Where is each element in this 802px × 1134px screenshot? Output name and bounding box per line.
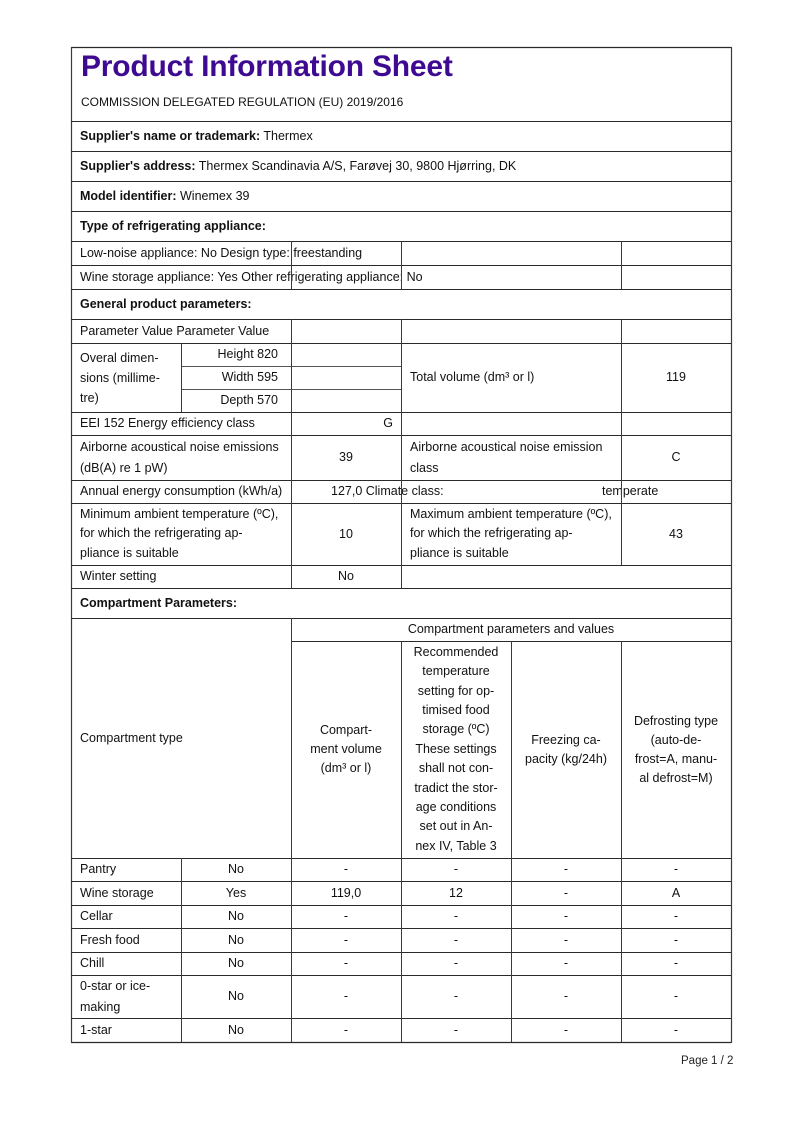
noise-emissions-value: 39 [291,435,401,480]
compartment-volume: - [291,1018,401,1042]
total-volume-label: Total volume (dm³ or l) [401,343,621,412]
compartment-defrost: - [621,905,731,928]
compartment-defrost: - [621,928,731,952]
compartment-type: 0-star or ice- making [71,975,181,1018]
compartment-volume: - [291,905,401,928]
noise-class-value: C [621,435,731,480]
low-noise-line: Low-noise appliance: No Design type: fre… [71,241,471,265]
supplier-name-row: Supplier's name or trademark: Thermex [71,121,731,151]
compartment-temperature: - [401,1018,511,1042]
supplier-address-label: Supplier's address: [80,157,196,176]
compartment-present: No [181,975,291,1018]
general-params-heading: General product parameters: [71,289,731,319]
compartment-freezing: - [511,928,621,952]
dimensions-label: Overal dimen- sions (millime- tre) [71,343,181,412]
compartment-defrost: - [621,975,731,1018]
supplier-name-label: Supplier's name or trademark: [80,127,260,146]
climate-class-value: temperate [602,480,702,503]
compartment-defrost: - [621,952,731,975]
compartment-present: No [181,1018,291,1042]
col-header-freezing: Freezing ca- pacity (kg/24h) [511,641,621,858]
compartment-freezing: - [511,905,621,928]
winter-setting-label: Winter setting [71,565,291,588]
compartment-present: Yes [181,881,291,905]
noise-class-label: Airborne acoustical noise emission class [401,435,621,480]
supplier-name-value: Thermex [260,127,313,146]
page-title: Product Information Sheet [81,50,453,84]
total-volume-value: 119 [621,343,731,412]
annual-energy-label: Annual energy consumption (kWh/a) [71,480,291,503]
compartment-temperature: - [401,975,511,1018]
compartment-freezing: - [511,881,621,905]
compartment-volume: - [291,975,401,1018]
compartment-present: No [181,858,291,881]
col-header-defrost: Defrosting type (auto-de- frost=A, manu-… [621,641,731,858]
col-header-temperature: Recommended temperature setting for op- … [401,641,511,858]
supplier-address-value: Thermex Scandinavia A/S, Farøvej 30, 980… [196,157,517,176]
general-params-heading-text: General product parameters: [80,295,252,314]
param-value-header: Parameter Value Parameter Value [71,319,291,343]
compartment-present: No [181,928,291,952]
compartment-freezing: - [511,975,621,1018]
compartment-group-header: Compartment parameters and values [291,618,731,641]
product-information-sheet: Product Information Sheet COMMISSION DEL… [0,0,802,1134]
compartment-type: Chill [71,952,181,975]
appliance-type-heading-text: Type of refrigerating appliance: [80,217,266,236]
col-header-volume: Compart- ment volume (dm³ or l) [291,641,401,858]
compartment-type: Cellar [71,905,181,928]
compartment-present: No [181,905,291,928]
compartment-freezing: - [511,858,621,881]
compartment-defrost: - [621,858,731,881]
compartment-freezing: - [511,952,621,975]
model-identifier-label: Model identifier: [80,187,177,206]
min-ambient-label: Minimum ambient temperature (ºC), for wh… [71,503,291,565]
compartment-freezing: - [511,1018,621,1042]
compartment-params-heading: Compartment Parameters: [71,588,731,618]
compartment-temperature: - [401,952,511,975]
max-ambient-value: 43 [621,503,731,565]
compartment-volume: 119,0 [291,881,401,905]
compartment-volume: - [291,858,401,881]
compartment-type-header: Compartment type [71,618,291,858]
appliance-type-heading: Type of refrigerating appliance: [71,211,731,241]
compartment-type: Wine storage [71,881,181,905]
compartment-temperature: - [401,928,511,952]
compartment-type: Fresh food [71,928,181,952]
compartment-volume: - [291,928,401,952]
regulation-reference: COMMISSION DELEGATED REGULATION (EU) 201… [81,95,403,109]
compartment-type: Pantry [71,858,181,881]
compartment-temperature: - [401,858,511,881]
compartment-defrost: - [621,1018,731,1042]
winter-setting-value: No [291,565,401,588]
compartment-params-heading-text: Compartment Parameters: [80,594,237,613]
model-identifier-value: Winemex 39 [177,187,250,206]
height-value: Height 820 [181,343,291,366]
eei-label: EEI 152 Energy efficiency class [71,412,291,435]
compartment-temperature: 12 [401,881,511,905]
wine-storage-line: Wine storage appliance: Yes Other refrig… [71,265,471,289]
supplier-address-row: Supplier's address: Thermex Scandinavia … [71,151,731,181]
noise-emissions-label: Airborne acoustical noise emissions (dB(… [71,435,291,480]
min-ambient-value: 10 [291,503,401,565]
model-identifier-row: Model identifier: Winemex 39 [71,181,731,211]
energy-class-value: G [291,412,401,435]
page-number: Page 1 / 2 [681,1055,733,1067]
annual-energy-value: 127,0 Climate class: [331,480,531,503]
compartment-present: No [181,952,291,975]
compartment-volume: - [291,952,401,975]
compartment-type: 1-star [71,1018,181,1042]
width-value: Width 595 [181,366,291,389]
max-ambient-label: Maximum ambient temperature (ºC), for wh… [401,503,621,565]
compartment-temperature: - [401,905,511,928]
compartment-defrost: A [621,881,731,905]
depth-value: Depth 570 [181,389,291,412]
